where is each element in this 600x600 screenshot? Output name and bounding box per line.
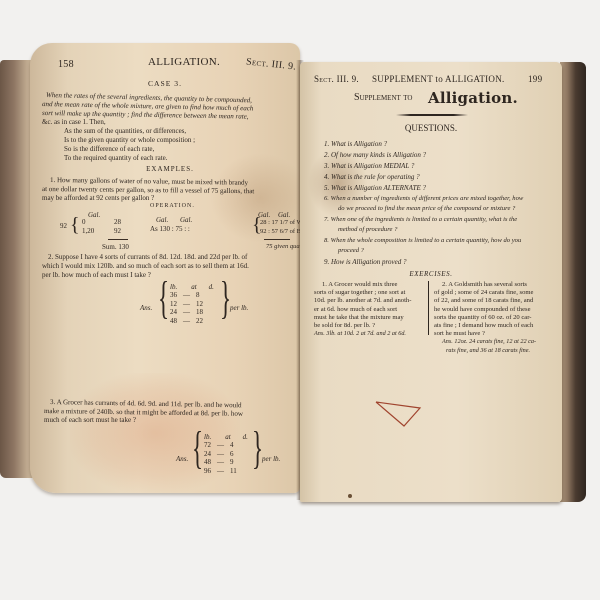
sum-rule (108, 239, 128, 240)
result-header: Gal. (278, 211, 290, 219)
qty: 36 (170, 291, 177, 299)
prop-header: Gal. (156, 216, 168, 224)
brace: } (252, 425, 263, 471)
result-water: 28 : 17 1/7 of Water. (260, 219, 300, 226)
col-header: at (225, 433, 230, 441)
ornament-rule (396, 114, 468, 116)
qty: 12 (170, 300, 177, 308)
qty: 48 (170, 317, 177, 325)
answer-2-table: lb.atd. 36—8 12—12 24—18 48—22 (170, 283, 214, 325)
page-title-blackletter: Alligation. (428, 89, 518, 107)
page-title-prefix: Supplement to (354, 92, 413, 103)
unit-label: per lb. (262, 455, 280, 463)
case-heading: CASE 3. (30, 79, 300, 88)
exercise-1-answer: Ans. 3lb. at 10d. 2 at 7d. and 2 at 6d. (314, 330, 411, 338)
proportion-line: So is the difference of each rate, (64, 145, 154, 154)
brace: { (192, 425, 203, 471)
exercise-1: 1. A Grocer would mix three sorts of sug… (314, 281, 411, 338)
brace: } (220, 275, 231, 321)
example-2-line: 2. Suppose I have 4 sorts of currants of… (48, 253, 247, 262)
example-1-line: may be afforded at 92 cents per gallon ? (42, 194, 154, 203)
question-item: 4. What is the rule for operating ? (324, 173, 420, 182)
diff-value: 28 (114, 218, 121, 226)
question-item: 5. What is Alligation ALTERNATE ? (324, 184, 426, 193)
book-photo: 158 ALLIGATION. Sect. III. 9. CASE 3. Wh… (0, 0, 600, 600)
running-title: ALLIGATION. (148, 56, 220, 68)
question-item: 6. When a number of ingredients of diffe… (324, 195, 523, 204)
question-item-cont: proceed ? (338, 247, 364, 256)
sum-rule (264, 239, 290, 240)
ink-spot (348, 494, 352, 498)
answer-label: Ans. (140, 304, 152, 312)
pencil-triangle-drawing (374, 400, 424, 430)
qty: 24 (204, 450, 211, 458)
examples-heading: EXAMPLES. (30, 165, 300, 174)
prop-header: Gal. (180, 216, 192, 224)
price: 22 (196, 317, 203, 325)
question-item-cont: method of procedure ? (338, 226, 397, 235)
col-header: lb. (170, 283, 177, 291)
question-item-cont: do we proceed to find the mean price of … (338, 205, 515, 214)
gal-label: Gal. (88, 211, 100, 219)
page-number: 199 (528, 74, 542, 84)
operation-heading: OPERATION. (150, 203, 195, 209)
mean-rate: 92 (60, 222, 67, 230)
price: 8 (196, 291, 200, 299)
exercise-2-answer: rats fine, and 36 at 18 carats fine. (434, 347, 536, 355)
question-item: 1. What is Alligation ? (324, 140, 387, 149)
column-divider (428, 281, 429, 335)
example-3-line: much of each sort must he take ? (44, 416, 136, 425)
exercises-heading: EXERCISES. (300, 270, 562, 279)
rule-text-line: &c. as in case 1. Then, (42, 118, 106, 127)
qty: 96 (204, 467, 211, 475)
price: 12 (196, 300, 203, 308)
running-title: SUPPLEMENT to ALLIGATION. (372, 74, 505, 84)
col-header: d. (243, 433, 248, 441)
questions-heading: QUESTIONS. (300, 123, 562, 133)
brace: { (158, 275, 169, 321)
answer-label: Ans. (176, 455, 188, 463)
result-brandy: 92 : 57 6/7 of Brandy. (260, 228, 300, 235)
proportion-statement: As 130 : 75 : : (150, 225, 190, 233)
price: 6 (230, 450, 234, 458)
given-quantity: 75 given quantity. (266, 243, 300, 250)
price: 11 (230, 467, 237, 475)
question-item: 2. Of how many kinds is Alligation ? (324, 151, 426, 160)
left-page: 158 ALLIGATION. Sect. III. 9. CASE 3. Wh… (30, 43, 300, 493)
price: 9 (230, 458, 234, 466)
section-ref: Sect. III. 9. (246, 56, 297, 72)
answer-3-table: lb.atd. 72—4 24—6 48—9 96—11 (204, 433, 248, 475)
qty: 24 (170, 308, 177, 316)
col-header: d. (209, 283, 214, 291)
proportion-line: To the required quantity of each rate. (64, 154, 168, 163)
unit-label: per lb. (230, 304, 248, 312)
brace: { (70, 215, 80, 235)
question-item: 7. When one of the ingredients is limite… (324, 216, 517, 225)
page-number: 158 (58, 59, 74, 70)
price: 4 (230, 441, 234, 449)
proportion-line: As the sum of the quantities, or differe… (64, 127, 186, 136)
section-ref: Sect. III. 9. (314, 74, 359, 84)
question-item: 8. When the whole composition is limited… (324, 237, 521, 246)
diff-value: 92 (114, 227, 121, 235)
book-cover-right-edge (560, 62, 586, 502)
col-header: at (191, 283, 196, 291)
qty: 48 (204, 458, 211, 466)
example-2-line: per lb. how much of each must I take ? (42, 271, 151, 280)
qty: 72 (204, 441, 211, 449)
proportion-line: Is to the given quantity or whole compos… (64, 136, 195, 145)
rate-value: 0 (82, 218, 86, 226)
exercise-2-answer: Ans. 12oz. 24 carats fine, 12 at 22 ca- (434, 338, 536, 346)
exercise-2: 2. A Goldsmith has several sorts of gold… (434, 281, 536, 355)
col-header: lb. (204, 433, 211, 441)
rate-value: 1,20 (82, 227, 94, 235)
example-2-line: which I would mix 120lb. and so much of … (42, 262, 249, 271)
sum-label: Sum. 130 (102, 243, 129, 251)
question-item: 3. What is Alligation MEDIAL ? (324, 162, 414, 171)
price: 18 (196, 308, 203, 316)
right-page: Sect. III. 9. SUPPLEMENT to ALLIGATION. … (300, 62, 562, 502)
question-item: 9. How is Alligation proved ? (324, 258, 406, 267)
